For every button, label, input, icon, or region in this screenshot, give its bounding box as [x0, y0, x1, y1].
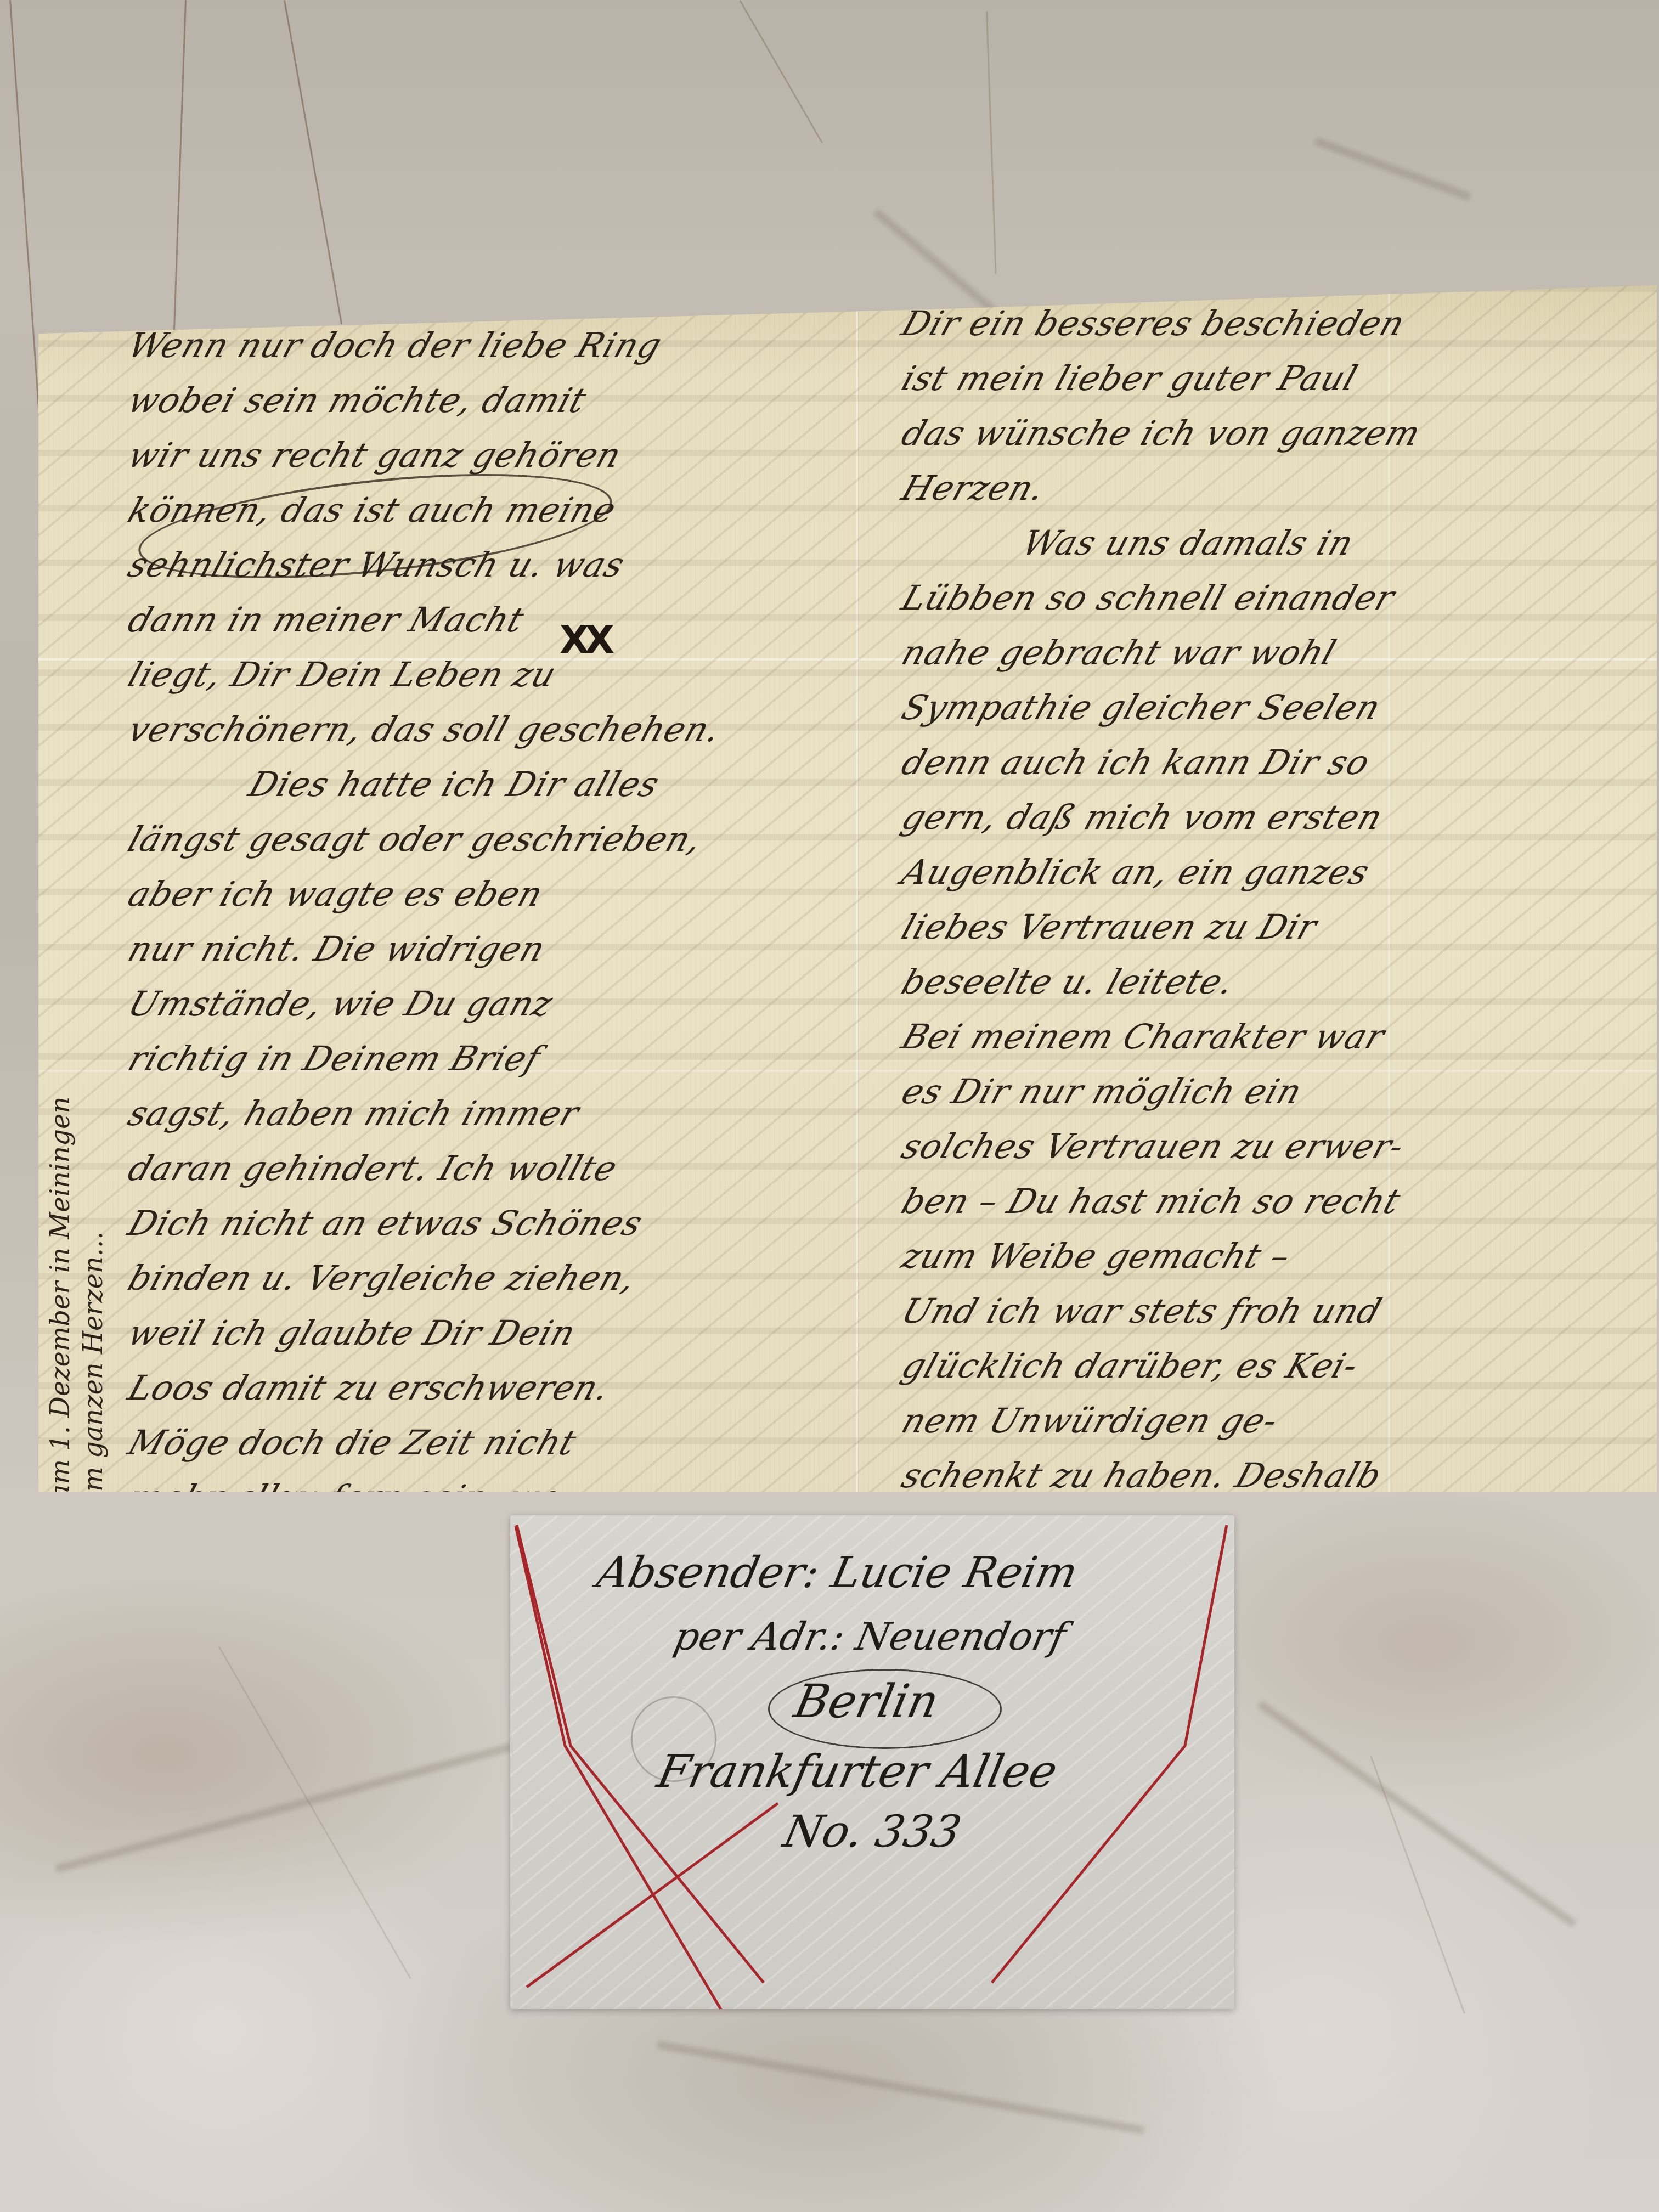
letter-line: wir uns recht ganz gehören	[121, 428, 851, 483]
marble-vein	[1370, 1756, 1465, 2014]
letter-line: Dich nicht an etwas Schönes	[121, 1196, 851, 1251]
letter-line: längst gesagt oder geschrieben,	[121, 812, 851, 867]
letter-line: nem Unwürdigen ge-	[894, 1393, 1652, 1448]
envelope-care-of: per Adr.: Neuendorf	[670, 1614, 1070, 1659]
envelope-street: Frankfurter Allee	[653, 1746, 1062, 1798]
envelope-house-number: No. 333	[779, 1806, 966, 1857]
letter-line: sehnlichster Wunsch u. was	[121, 538, 851, 592]
letter-line: Sympathie gleicher Seelen	[894, 680, 1652, 735]
letter-fold-vertical	[856, 285, 858, 1492]
letter-line: Dies hatte ich Dir alles	[121, 757, 851, 812]
marble-vein	[1314, 137, 1471, 201]
letter-line: können, das ist auch meine	[121, 483, 851, 538]
letter-line: weil ich glaubte Dir Dein	[121, 1306, 851, 1361]
letter-line: liegt, Dir Dein Leben zu	[121, 647, 851, 702]
letter-line: liebes Vertrauen zu Dir	[894, 900, 1652, 955]
marble-vein	[218, 1646, 411, 1979]
letter-line: Möge doch die Zeit nicht	[121, 1415, 851, 1470]
letter-line: wobei sein möchte, damit	[121, 373, 851, 428]
letter-line: Was uns damals in	[894, 516, 1652, 571]
marble-vein	[657, 2041, 1145, 2134]
letter-left-column: Wenn nur doch der liebe Ring wobei sein …	[121, 318, 834, 1525]
letter-line: Lübben so schnell einander	[894, 571, 1652, 625]
letter-line: glücklich darüber, es Kei-	[894, 1339, 1652, 1393]
letter-line: nahe gebracht war wohl	[894, 625, 1652, 680]
letter-line: schenkt zu haben. Deshalb	[894, 1448, 1652, 1503]
letter-line: binden u. Vergleiche ziehen,	[121, 1251, 851, 1306]
envelope-back: Absender: Lucie Reim per Adr.: Neuendorf…	[510, 1515, 1234, 2009]
letter-line: denn auch ich kann Dir so	[894, 735, 1652, 790]
margin-note-line: ...im ganzen Herzen...	[77, 1097, 110, 1525]
letter-line: Umstände, wie Du ganz	[121, 977, 851, 1031]
marble-vein	[55, 1737, 534, 1872]
marble-vein	[986, 11, 997, 274]
letter-line: Augenblick an, ein ganzes	[894, 845, 1652, 900]
marble-vein	[1257, 1701, 1576, 1927]
letter-line: nur nicht. Die widrigen	[121, 922, 851, 977]
letter-line: Herzen.	[894, 461, 1652, 516]
letter-line: Dir ein besseres beschieden	[894, 296, 1652, 351]
letter-line: dann in meiner Macht	[121, 592, 851, 647]
letter-line: daran gehindert. Ich wollte	[121, 1141, 851, 1196]
letter-line: Wenn nur doch der liebe Ring	[121, 318, 851, 373]
letter-margin-note: ...am 1. Dezember in Meiningen ...im gan…	[44, 1097, 110, 1525]
letter-right-column: Dir ein besseres beschieden ist mein lie…	[894, 296, 1635, 1668]
margin-note-line: ...am 1. Dezember in Meiningen	[44, 1097, 77, 1525]
envelope-sender: Absender: Lucie Reim	[592, 1548, 1082, 1598]
letter-line: beseelte u. leitete.	[894, 955, 1652, 1009]
letter-line: solches Vertrauen zu erwer-	[894, 1119, 1652, 1174]
marble-vein	[284, 0, 342, 324]
handwritten-letter: XX Wenn nur doch der liebe Ring wobei se…	[38, 285, 1657, 1492]
letter-line: aber ich wagte es eben	[121, 867, 851, 922]
envelope-city: Berlin	[790, 1674, 944, 1728]
marble-vein	[739, 0, 823, 143]
letter-line: es Dir nur möglich ein	[894, 1064, 1652, 1119]
letter-line: sagst, haben mich immer	[121, 1086, 851, 1141]
letter-line: ist mein lieber guter Paul	[894, 351, 1652, 406]
letter-line: richtig in Deinem Brief	[121, 1031, 851, 1086]
letter-line: das wünsche ich von ganzem	[894, 406, 1652, 461]
letter-line: verschönern, das soll geschehen.	[121, 702, 851, 757]
letter-line: Und ich war stets froh und	[894, 1284, 1652, 1339]
letter-line: Loos damit zu erschweren.	[121, 1361, 851, 1415]
letter-line: zum Weibe gemacht –	[894, 1229, 1652, 1284]
letter-line: Bei meinem Charakter war	[894, 1009, 1652, 1064]
letter-line: ben – Du hast mich so recht	[894, 1174, 1652, 1229]
letter-line: gern, daß mich vom ersten	[894, 790, 1652, 845]
